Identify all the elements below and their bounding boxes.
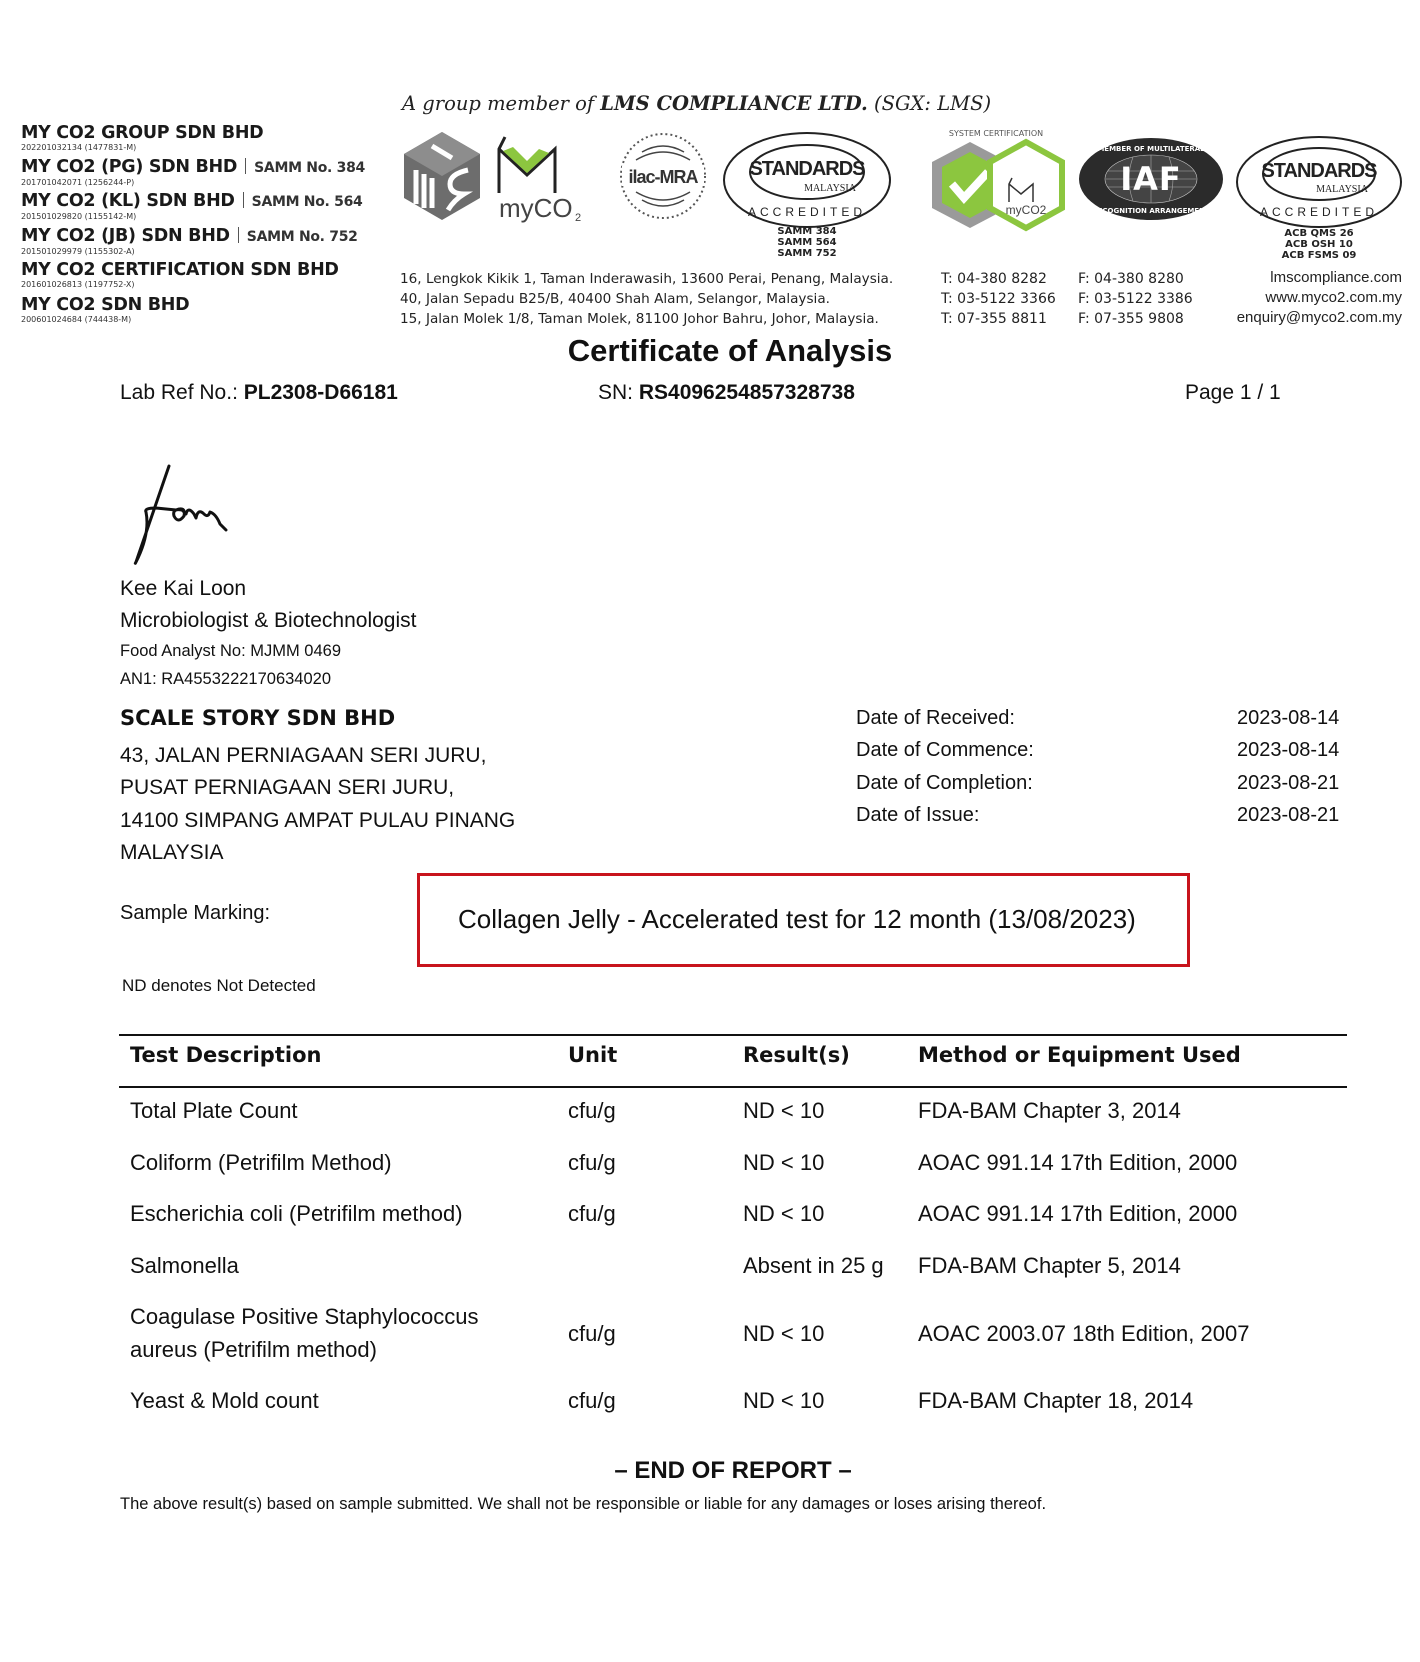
test-result: ND < 10 [743, 1150, 824, 1176]
document-title: Certificate of Analysis [0, 333, 1420, 369]
company-name: MY CO2 (PG) SDN BHD [21, 157, 237, 177]
test-result: Absent in 25 g [743, 1253, 884, 1279]
customer-address-line: 43, JALAN PERNIAGAAN SERI JURU, [120, 744, 486, 768]
phone-numbers: T: 04-380 8282 T: 03-5122 3366 T: 07-355… [941, 269, 1056, 329]
column-header: Result(s) [743, 1043, 850, 1067]
test-unit: cfu/g [568, 1388, 616, 1414]
company-reg: 201601026813 (1197752-X) [21, 280, 339, 289]
company-entry: MY CO2 (JB) SDN BHDSAMM No. 752 20150102… [21, 226, 358, 256]
end-of-report: – END OF REPORT – [0, 1457, 1420, 1485]
svg-text:SAMM 752: SAMM 752 [777, 248, 836, 259]
svg-text:MALAYSIA: MALAYSIA [1316, 184, 1369, 195]
signature-icon [126, 462, 236, 570]
phone-line: T: 07-355 8811 [941, 309, 1056, 329]
svg-text:SYSTEM CERTIFICATION: SYSTEM CERTIFICATION [949, 129, 1043, 138]
disclaimer: The above result(s) based on sample subm… [120, 1495, 1046, 1514]
test-unit: cfu/g [568, 1201, 616, 1227]
phone-line: T: 04-380 8282 [941, 269, 1056, 289]
myco2-logo-icon: myCO 2 [493, 131, 608, 223]
group-company: LMS COMPLIANCE LTD. [600, 92, 868, 115]
signatory-name: Kee Kai Loon [120, 577, 246, 601]
system-certification-logo-icon: SYSTEM CERTIFICATION myCO2 [926, 126, 1066, 232]
customer-address-line: PUSAT PERNIAGAAN SERI JURU, [120, 776, 454, 800]
sample-marking-value: Collagen Jelly - Accelerated test for 12… [458, 904, 1136, 935]
svg-text:IAF: IAF [1120, 160, 1182, 198]
table-header-rule [119, 1086, 1347, 1088]
lab-ref: Lab Ref No.: PL2308-D66181 [120, 381, 398, 405]
svg-text:SAMM 384: SAMM 384 [777, 226, 836, 237]
signatory-title: Microbiologist & Biotechnologist [120, 609, 416, 633]
page-indicator: Page 1 / 1 [1185, 381, 1281, 405]
svg-text:MALAYSIA: MALAYSIA [804, 183, 857, 194]
test-method: FDA-BAM Chapter 5, 2014 [918, 1253, 1181, 1279]
address-line: 16, Lengkok Kikik 1, Taman Inderawasih, … [400, 269, 893, 289]
svg-text:ACB FSMS 09: ACB FSMS 09 [1282, 250, 1357, 261]
fax-line: F: 03-5122 3386 [1078, 289, 1193, 309]
test-method: AOAC 2003.07 18th Edition, 2007 [918, 1321, 1249, 1347]
test-description: Salmonella [130, 1253, 239, 1279]
company-entry: MY CO2 (PG) SDN BHDSAMM No. 384 20170104… [21, 157, 365, 187]
company-name: MY CO2 GROUP SDN BHD [21, 123, 263, 143]
customer-address-line: MALAYSIA [120, 841, 223, 865]
phone-line: T: 03-5122 3366 [941, 289, 1056, 309]
test-result: ND < 10 [743, 1321, 824, 1347]
svg-text:SAMM 564: SAMM 564 [777, 237, 836, 248]
svg-text:ACCREDITED: ACCREDITED [1260, 205, 1378, 219]
food-analyst-number: Food Analyst No: MJMM 0469 [120, 642, 341, 661]
address-line: 15, Jalan Molek 1/8, Taman Molek, 81100 … [400, 309, 893, 329]
company-name: MY CO2 (KL) SDN BHD [21, 191, 235, 211]
company-entry: MY CO2 (KL) SDN BHDSAMM No. 564 20150102… [21, 191, 362, 221]
test-method: FDA-BAM Chapter 3, 2014 [918, 1098, 1181, 1124]
test-description: Yeast & Mold count [130, 1388, 319, 1414]
lms-logo-icon [402, 130, 482, 222]
company-entry: MY CO2 GROUP SDN BHD 202201032134 (14778… [21, 123, 263, 152]
svg-text:2: 2 [575, 212, 581, 224]
fax-line: F: 07-355 9808 [1078, 309, 1193, 329]
svg-text:MEMBER OF MULTILATERAL: MEMBER OF MULTILATERAL [1097, 145, 1205, 153]
date-label: Date of Commence: [856, 739, 1034, 762]
test-unit: cfu/g [568, 1150, 616, 1176]
samm-number: SAMM No. 384 [254, 160, 365, 176]
svg-text:ACB QMS 26: ACB QMS 26 [1284, 228, 1353, 239]
svg-text:myCO: myCO [499, 193, 573, 223]
fax-numbers: F: 04-380 8280 F: 03-5122 3386 F: 07-355… [1078, 269, 1193, 329]
company-entry: MY CO2 SDN BHD 200601024684 (744438-M) [21, 295, 189, 324]
test-method: AOAC 991.14 17th Edition, 2000 [918, 1150, 1237, 1176]
iaf-logo-icon: IAF MEMBER OF MULTILATERAL RECOGNITION A… [1078, 137, 1224, 221]
date-label: Date of Completion: [856, 772, 1033, 795]
serial-number-value: RS4096254857328738 [639, 381, 855, 404]
test-description: Coliform (Petrifilm Method) [130, 1150, 392, 1176]
test-result: ND < 10 [743, 1201, 824, 1227]
address-line: 40, Jalan Sepadu B25/B, 40400 Shah Alam,… [400, 289, 893, 309]
group-member-line: A group member of LMS COMPLIANCE LTD. (S… [402, 92, 991, 115]
date-value: 2023-08-21 [1237, 772, 1339, 795]
svg-text:ilac-MRA: ilac-MRA [628, 167, 698, 187]
svg-text:myCO2: myCO2 [1006, 203, 1047, 217]
column-header: Test Description [130, 1043, 321, 1067]
test-description: Escherichia coli (Petrifilm method) [130, 1201, 463, 1227]
ilac-mra-logo-icon: ilac-MRA [618, 130, 708, 222]
svg-text:STANDARDS: STANDARDS [1261, 160, 1377, 182]
company-name: MY CO2 (JB) SDN BHD [21, 226, 230, 246]
samm-number: SAMM No. 752 [247, 229, 358, 245]
date-label: Date of Issue: [856, 804, 979, 827]
column-header: Unit [568, 1043, 617, 1067]
test-unit: cfu/g [568, 1321, 616, 1347]
an1-number: AN1: RA4553222170634020 [120, 670, 331, 689]
email-link[interactable]: enquiry@myco2.com.my [1237, 308, 1402, 328]
test-result: ND < 10 [743, 1388, 824, 1414]
test-description: Total Plate Count [130, 1098, 298, 1124]
company-reg: 201501029979 (1155302-A) [21, 247, 358, 256]
company-name: MY CO2 CERTIFICATION SDN BHD [21, 260, 339, 280]
svg-text:ACB OSH 10: ACB OSH 10 [1285, 239, 1353, 250]
company-entry: MY CO2 CERTIFICATION SDN BHD 20160102681… [21, 260, 339, 289]
lab-ref-value: PL2308-D66181 [244, 381, 398, 404]
lab-addresses: 16, Lengkok Kikik 1, Taman Inderawasih, … [400, 269, 893, 329]
website-link[interactable]: lmscompliance.com [1237, 268, 1402, 288]
test-result: ND < 10 [743, 1098, 824, 1124]
date-label: Date of Received: [856, 707, 1015, 730]
serial-number: SN: RS4096254857328738 [598, 381, 855, 405]
standards-malaysia-acb-logo-icon: STANDARDS MALAYSIA ACCREDITED ACB QMS 26… [1236, 134, 1402, 262]
sample-marking-label: Sample Marking: [120, 902, 270, 925]
fax-line: F: 04-380 8280 [1078, 269, 1193, 289]
company-reg: 202201032134 (1477831-M) [21, 143, 263, 152]
date-value: 2023-08-21 [1237, 804, 1339, 827]
company-reg: 200601024684 (744438-M) [21, 315, 189, 324]
test-description: Coagulase Positive Staphylococcus [130, 1304, 479, 1330]
test-unit: cfu/g [568, 1098, 616, 1124]
svg-text:ACCREDITED: ACCREDITED [748, 205, 866, 219]
nd-note: ND denotes Not Detected [122, 976, 316, 996]
standards-malaysia-logo-icon: STANDARDS MALAYSIA ACCREDITED SAMM 384 S… [722, 130, 892, 258]
customer-name: SCALE STORY SDN BHD [120, 706, 395, 730]
date-value: 2023-08-14 [1237, 739, 1339, 762]
column-header: Method or Equipment Used [918, 1043, 1241, 1067]
svg-text:STANDARDS: STANDARDS [749, 158, 865, 180]
company-reg: 201701042071 (1256244-P) [21, 178, 365, 187]
test-method: AOAC 991.14 17th Edition, 2000 [918, 1201, 1237, 1227]
date-value: 2023-08-14 [1237, 707, 1339, 730]
company-name: MY CO2 SDN BHD [21, 295, 189, 315]
web-contacts: lmscompliance.com www.myco2.com.my enqui… [1237, 268, 1402, 328]
samm-number: SAMM No. 564 [252, 194, 363, 210]
table-top-rule [119, 1034, 1347, 1036]
test-method: FDA-BAM Chapter 18, 2014 [918, 1388, 1193, 1414]
company-reg: 201501029820 (1155142-M) [21, 212, 362, 221]
customer-address-line: 14100 SIMPANG AMPAT PULAU PINANG [120, 809, 515, 833]
test-description: aureus (Petrifilm method) [130, 1337, 377, 1363]
website-link[interactable]: www.myco2.com.my [1237, 288, 1402, 308]
svg-text:RECOGNITION ARRANGEMENT: RECOGNITION ARRANGEMENT [1092, 207, 1210, 215]
